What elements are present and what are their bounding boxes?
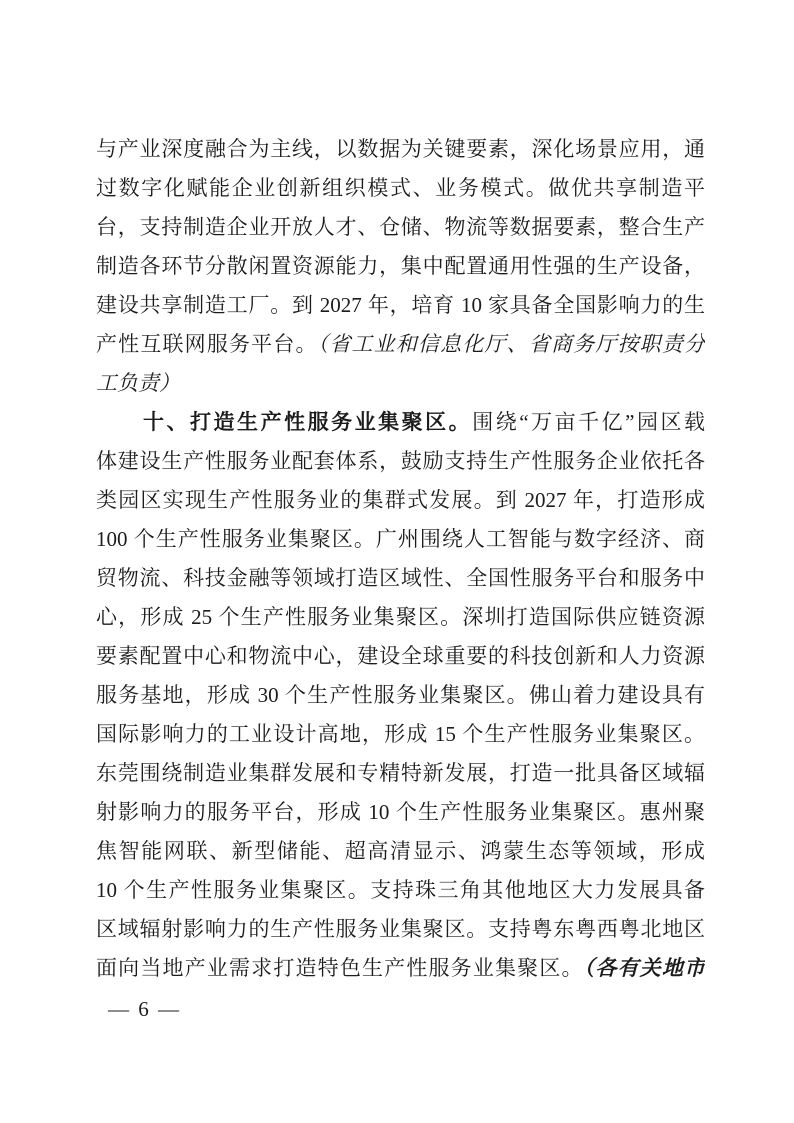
- body-text-segment: 焦智能网联、新型储能、超高清显示、鸿蒙生态等领域，形成: [96, 839, 705, 863]
- body-text-segment: 贸物流、科技金融等领域打造区域性、全国性服务平台和服务中: [96, 566, 705, 590]
- text-line: 体建设生产性服务业配套体系，鼓励支持生产性服务企业依托各: [96, 442, 705, 481]
- body-text-segment: 射影响力的服务平台，形成 10 个生产性服务业集聚区。惠州聚: [96, 800, 705, 824]
- body-text-segment: 与产业深度融合为主线，以数据为关键要素，深化场景应用，通: [96, 137, 705, 161]
- page-number: — 6 —: [108, 997, 181, 1021]
- body-text-segment: 东莞围绕制造业集群发展和专精特新发展，打造一批具备区域辐: [96, 761, 705, 785]
- kai-bold-annotation-segment: （各有关地市: [584, 956, 705, 980]
- text-line: 100 个生产性服务业集聚区。广州围绕人工智能与数字经济、商: [96, 520, 705, 559]
- body-text-segment: 心，形成 25 个生产性服务业集聚区。深圳打造国际供应链资源: [96, 605, 705, 629]
- text-line: 台，支持制造企业开放人才、仓储、物流等数据要素，整合生产: [96, 208, 705, 247]
- body-text-segment: 建设共享制造工厂。到 2027 年，培育 10 家具备全国影响力的生: [96, 293, 705, 317]
- text-line: 面向当地产业需求打造特色生产性服务业集聚区。（各有关地市: [96, 949, 705, 988]
- body-text-segment: 产性互联网服务平台。: [96, 332, 318, 356]
- text-line: 建设共享制造工厂。到 2027 年，培育 10 家具备全国影响力的生: [96, 286, 705, 325]
- body-text-segment: 国际影响力的工业设计高地，形成 15 个生产性服务业集聚区。: [96, 722, 705, 746]
- text-line: 区域辐射影响力的生产性服务业集聚区。支持粤东粤西粤北地区: [96, 910, 705, 949]
- body-text-segment: 过数字化赋能企业创新组织模式、业务模式。做优共享制造平: [96, 176, 705, 200]
- text-block: 与产业深度融合为主线，以数据为关键要素，深化场景应用，通过数字化赋能企业创新组织…: [96, 130, 705, 988]
- text-line: 服务基地，形成 30 个生产性服务业集聚区。佛山着力建设具有: [96, 676, 705, 715]
- body-text-segment: 要素配置中心和物流中心，建设全球重要的科技创新和人力资源: [96, 644, 705, 668]
- kai-annotation-segment: 工负责）: [96, 371, 180, 395]
- kai-annotation-segment: （省工业和信息化厅、省商务厅按职责分: [318, 332, 705, 356]
- body-text-segment: 台，支持制造企业开放人才、仓储、物流等数据要素，整合生产: [96, 215, 705, 239]
- text-line: 焦智能网联、新型储能、超高清显示、鸿蒙生态等领域，形成: [96, 832, 705, 871]
- text-line: 与产业深度融合为主线，以数据为关键要素，深化场景应用，通: [96, 130, 705, 169]
- text-line: 射影响力的服务平台，形成 10 个生产性服务业集聚区。惠州聚: [96, 793, 705, 832]
- section-heading-segment: 十、打造生产性服务业集聚区。: [143, 411, 472, 434]
- text-line: 心，形成 25 个生产性服务业集聚区。深圳打造国际供应链资源: [96, 598, 705, 637]
- body-text-segment: 类园区实现生产性服务业的集群式发展。到 2027 年，打造形成: [96, 488, 705, 512]
- text-line: 制造各环节分散闲置资源能力，集中配置通用性强的生产设备，: [96, 247, 705, 286]
- text-line: 10 个生产性服务业集聚区。支持珠三角其他地区大力发展具备: [96, 871, 705, 910]
- text-line: 东莞围绕制造业集群发展和专精特新发展，打造一批具备区域辐: [96, 754, 705, 793]
- text-line: 要素配置中心和物流中心，建设全球重要的科技创新和人力资源: [96, 637, 705, 676]
- body-text-segment: 区域辐射影响力的生产性服务业集聚区。支持粤东粤西粤北地区: [96, 917, 705, 941]
- body-text-segment: 面向当地产业需求打造特色生产性服务业集聚区。: [96, 956, 584, 980]
- body-text-segment: 10 个生产性服务业集聚区。支持珠三角其他地区大力发展具备: [96, 878, 705, 902]
- body-text-segment: 体建设生产性服务业配套体系，鼓励支持生产性服务企业依托各: [96, 449, 705, 473]
- text-line: 过数字化赋能企业创新组织模式、业务模式。做优共享制造平: [96, 169, 705, 208]
- body-text-segment: 100 个生产性服务业集聚区。广州围绕人工智能与数字经济、商: [96, 527, 705, 551]
- text-line: 贸物流、科技金融等领域打造区域性、全国性服务平台和服务中: [96, 559, 705, 598]
- body-text-segment: 制造各环节分散闲置资源能力，集中配置通用性强的生产设备，: [96, 254, 705, 278]
- text-line: 国际影响力的工业设计高地，形成 15 个生产性服务业集聚区。: [96, 715, 705, 754]
- text-line: 类园区实现生产性服务业的集群式发展。到 2027 年，打造形成: [96, 481, 705, 520]
- body-text-segment: 围绕“万亩千亿”园区载: [472, 410, 705, 434]
- text-line: 十、打造生产性服务业集聚区。围绕“万亩千亿”园区载: [96, 403, 705, 442]
- text-line: 产性互联网服务平台。（省工业和信息化厅、省商务厅按职责分: [96, 325, 705, 364]
- body-text-segment: 服务基地，形成 30 个生产性服务业集聚区。佛山着力建设具有: [96, 683, 705, 707]
- document-page: 与产业深度融合为主线，以数据为关键要素，深化场景应用，通过数字化赋能企业创新组织…: [0, 0, 794, 1123]
- text-line: 工负责）: [96, 364, 705, 403]
